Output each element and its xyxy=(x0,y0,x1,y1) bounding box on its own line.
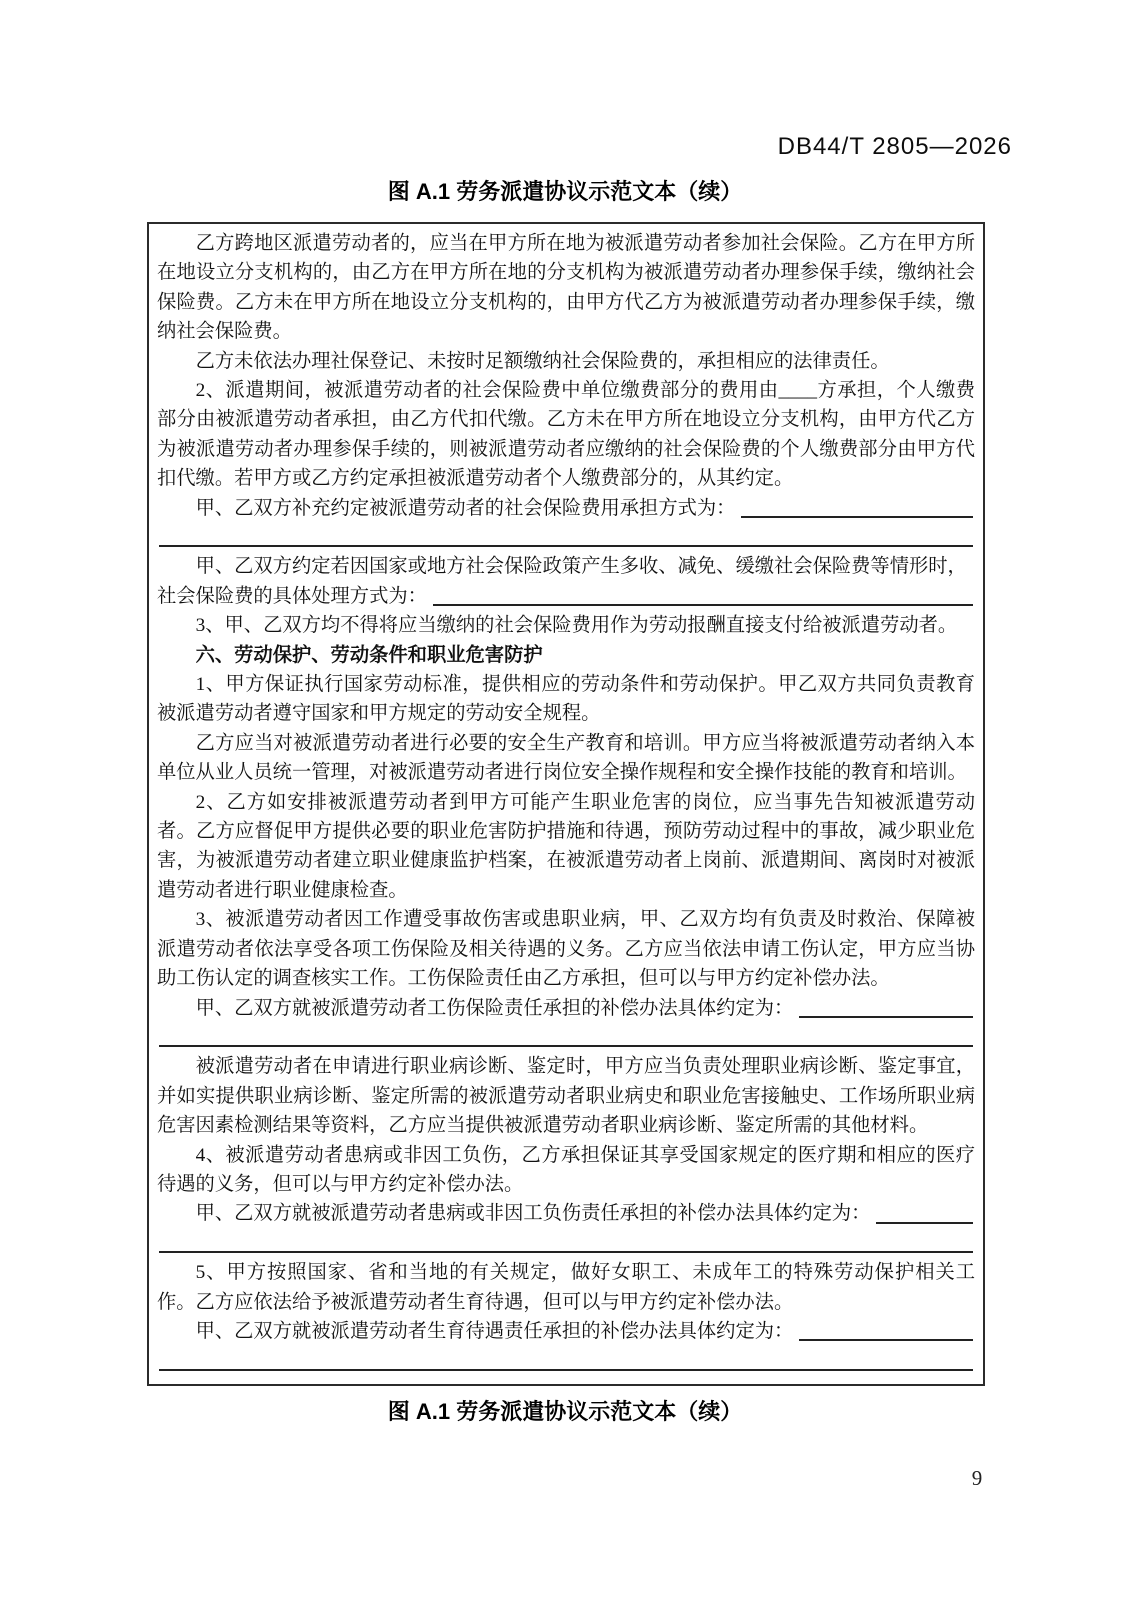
fill-in-label: 甲、乙双方就被派遣劳动者患病或非因工负伤责任承担的补偿办法具体约定为： xyxy=(196,1199,871,1228)
paragraph: 3、被派遣劳动者因工作遭受事故伤害或患职业病，甲、乙双方均有负责及时救治、保障被… xyxy=(157,905,975,993)
paragraph: 甲、乙双方约定若因国家或地方社会保险政策产生多收、减免、缓缴社会保险费等情形时， xyxy=(157,552,975,581)
paragraph: 被派遣劳动者在申请进行职业病诊断、鉴定时，甲方应当负责处理职业病诊断、鉴定事宜，… xyxy=(157,1052,975,1140)
paragraph: 4、被派遣劳动者患病或非因工负伤，乙方承担保证其享受国家规定的医疗期和相应的医疗… xyxy=(157,1141,975,1200)
blank-write-line xyxy=(157,1346,975,1375)
fill-in-label: 甲、乙双方就被派遣劳动者生育待遇责任承担的补偿办法具体约定为： xyxy=(196,1317,794,1346)
fill-in-label: 甲、乙双方补充约定被派遣劳动者的社会保险费用承担方式为： xyxy=(196,494,736,523)
fill-in-row: 甲、乙双方就被派遣劳动者患病或非因工负伤责任承担的补偿办法具体约定为： xyxy=(157,1199,975,1228)
fill-in-row: 甲、乙双方就被派遣劳动者工伤保险责任承担的补偿办法具体约定为： xyxy=(157,994,975,1023)
page-number: 9 xyxy=(962,1466,992,1491)
paragraph: 乙方应当对被派遣劳动者进行必要的安全生产教育和培训。甲方应当将被派遣劳动者纳入本… xyxy=(157,729,975,788)
document-page: DB44/T 2805—2026 图 A.1 劳务派遣协议示范文本（续） 乙方跨… xyxy=(0,0,1130,1600)
section-heading: 六、劳动保护、劳动条件和职业危害防护 xyxy=(157,641,975,670)
agreement-text-box: 乙方跨地区派遣劳动者的，应当在甲方所在地为被派遣劳动者参加社会保险。乙方在甲方所… xyxy=(147,222,985,1386)
paragraph: 乙方跨地区派遣劳动者的，应当在甲方所在地为被派遣劳动者参加社会保险。乙方在甲方所… xyxy=(157,229,975,347)
blank-write-line xyxy=(157,523,975,552)
paragraph: 2、乙方如安排被派遣劳动者到甲方可能产生职业危害的岗位，应当事先告知被派遣劳动者… xyxy=(157,788,975,906)
paragraph: 1、甲方保证执行国家劳动标准，提供相应的劳动条件和劳动保护。甲乙双方共同负责教育… xyxy=(157,670,975,729)
paragraph: 乙方未依法办理社保登记、未按时足额缴纳社会保险费的，承担相应的法律责任。 xyxy=(157,347,975,376)
blank-write-line xyxy=(157,1229,975,1258)
figure-caption-bottom: 图 A.1 劳务派遣协议示范文本（续） xyxy=(0,1395,1130,1426)
blank-underline xyxy=(799,994,973,1018)
paragraph: 5、甲方按照国家、省和当地的有关规定，做好女职工、未成年工的特殊劳动保护相关工作… xyxy=(157,1258,975,1317)
fill-in-label: 甲、乙双方就被派遣劳动者工伤保险责任承担的补偿办法具体约定为： xyxy=(196,994,794,1023)
fill-in-label: 社会保险费的具体处理方式为： xyxy=(157,582,427,611)
blank-underline xyxy=(433,582,973,606)
paragraph: 3、甲、乙双方均不得将应当缴纳的社会保险费用作为劳动报酬直接支付给被派遣劳动者。 xyxy=(157,611,975,640)
paragraph: 2、派遣期间，被派遣劳动者的社会保险费中单位缴费部分的费用由____方承担，个人… xyxy=(157,376,975,494)
standard-number: DB44/T 2805—2026 xyxy=(0,133,1012,161)
fill-in-row: 社会保险费的具体处理方式为： xyxy=(157,582,975,611)
fill-in-row: 甲、乙双方补充约定被派遣劳动者的社会保险费用承担方式为： xyxy=(157,494,975,523)
blank-underline xyxy=(876,1199,973,1223)
fill-in-row: 甲、乙双方就被派遣劳动者生育待遇责任承担的补偿办法具体约定为： xyxy=(157,1317,975,1346)
blank-underline xyxy=(741,494,973,518)
blank-write-line xyxy=(157,1023,975,1052)
blank-underline xyxy=(799,1317,973,1341)
figure-caption-top: 图 A.1 劳务派遣协议示范文本（续） xyxy=(0,175,1130,206)
